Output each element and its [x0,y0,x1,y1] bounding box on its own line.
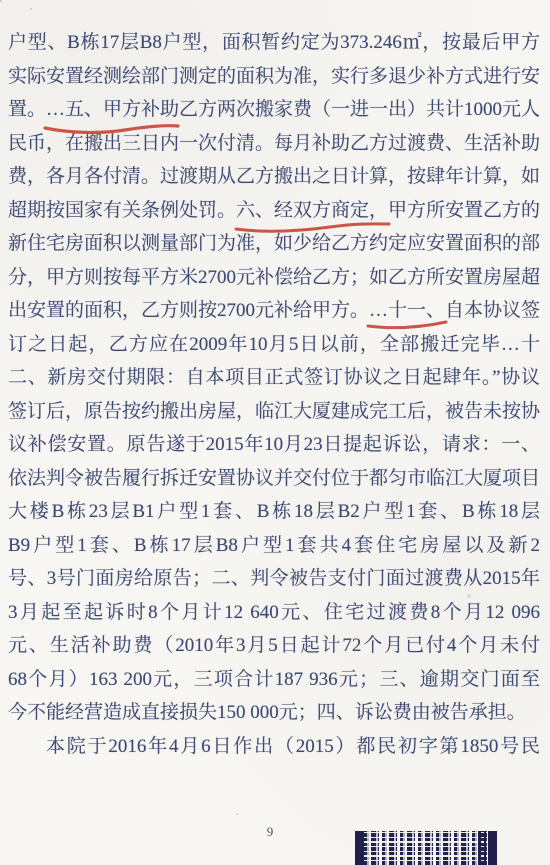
text-line: 民币，在搬出三日内一次付清。每月补助乙方过渡费、生活补助 [8,127,540,161]
text-line-underlined-clause11: 出安置的面积，乙方则按2700元补给甲方。…十一、自本协议签 [8,294,540,328]
text-line: 费，各月各付清。过渡期从乙方搬出之日计算，按肆年计算，如 [8,160,540,194]
text-line: B9户型1套、B栋17层B8户型1套共4套住宅房屋以及新2 [8,529,540,563]
text-line: 今不能经营造成直接损失150 000元；四、诉讼费由被告承担。 [8,696,540,730]
page-number: 9 [260,824,280,840]
text-line-underlined-clause6: 超期按国家有关条例处罚。六、经双方商定，甲方所安置乙方的 [8,194,540,228]
barcode-stamp [355,831,497,865]
text-line: 3月起至起诉时8个月计12 640元、住宅过渡费8个月12 096 [8,596,540,630]
text-line: 分，甲方则按每平方米2700元补偿给乙方；如乙方所安置房屋超 [8,261,540,295]
judgment-text: 户型、B栋17层B8户型，面积暂约定为373.246㎡，按最后甲方 实际安置经测… [8,26,540,763]
text-line: 68个月）163 200元，三项合计187 936元；三、逾期交门面至 [8,663,540,697]
text-line: 户型、B栋17层B8户型，面积暂约定为373.246㎡，按最后甲方 [8,26,540,60]
text-line: 议补偿安置。原告遂于2015年10月23日提起诉讼，请求：一、 [8,428,540,462]
text-line-paragraph-start: 本院于2016年4月6日作出（2015）都民初字第1850号民 [8,730,540,764]
text-line-underlined-clause5: 置。…五、甲方补助乙方两次搬家费（一进一出）共计1000元人 [8,93,540,127]
text-line: 依法判令被告履行拆迁安置协议并交付位于都匀市临江大厦项目 [8,462,540,496]
document-page: 户型、B栋17层B8户型，面积暂约定为373.246㎡，按最后甲方 实际安置经测… [0,0,550,865]
text-line: 元、生活补助费（2010年3月5日起计72个月已付4个月未付 [8,629,540,663]
text-line: 新住宅房面积以测量部门为准，如少给乙方约定应安置面积的部 [8,227,540,261]
text-line: 实际安置经测绘部门测定的面积为准，实行多退少补方式进行安 [8,60,540,94]
scan-specks [0,0,2,2]
text-line: 号、3号门面房给原告；二、判令被告支付门面过渡费从2015年 [8,562,540,596]
text-line: 大楼B栋23层B1户型1套、B栋18层B2户型1套、B栋18层 [8,495,540,529]
text-line: 订之日起，乙方应在2009年10月5日以前，全部搬迁完毕…十 [8,328,540,362]
text-line: 签订后，原告按约搬出房屋，临江大厦建成完工后，被告未按协 [8,395,540,429]
text-line: 二、新房交付期限：自本项目正式签订协议之日起肆年。”协议 [8,361,540,395]
